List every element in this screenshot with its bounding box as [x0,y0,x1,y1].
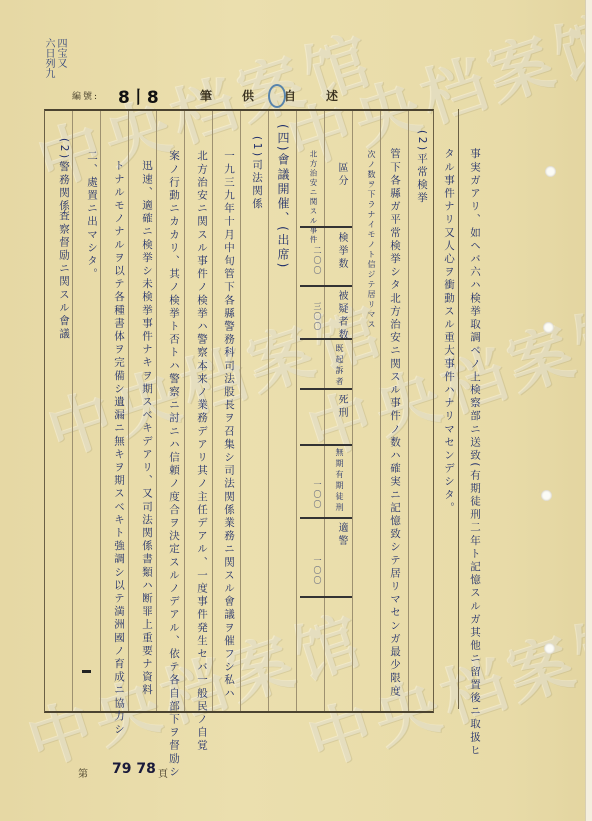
table-divider [300,388,352,390]
column-rule [324,111,325,711]
column-rule [128,111,129,711]
section-heading: (四)會議開催、(出席) [276,124,290,270]
text-column: 二、處置ニ出マシタ。 [85,150,99,281]
punch-hole [543,322,554,333]
punch-hole [544,643,555,654]
table-header-label: 北方治安ニ関スル事件 [308,150,319,245]
table-row-value: 二〇〇 [312,246,323,276]
table-row-label: 被疑者数 [334,290,349,342]
text-column: 案ノ行動ニカカリ、其ノ検挙ト否トハ警察ニ討ニハ信頼ノ度合ヲ決定スルノデアル、依テ… [167,150,181,779]
margin-rule [458,109,459,709]
paper-edge [585,0,592,821]
table-divider [300,596,352,598]
archive-note-line: 六日列九 [43,38,54,78]
text-column: 事実ガアリ、如ヘバ六ハ検挙取調ベノ上検察部ニ送致(有期徒刑二年ト記憶スルガ其他ニ… [468,148,482,757]
table-row-label: 適警 [334,522,349,548]
column-rule [380,111,381,711]
column-rule [296,111,297,711]
archive-note-line: 四宝又 [55,38,66,68]
table-row-value: 一〇〇 [312,480,323,510]
text-column: 管下各縣ガ平常検挙シタ北方治安ニ関スル事件ノ数ハ確実ニ記憶致シテ居リマセンガ最少… [388,148,402,698]
table-divider [300,517,352,519]
text-column: 北方治安ニ関スル事件ノ検挙ハ警察本来ノ業務デアリ其ノ主任デアル、一度事件発生セバ… [195,150,209,753]
text-column: 一九三九年十月中旬管下各縣警務科司法股長ヲ召集シ司法関係業務ニ関スル會議ヲ催フシ… [222,150,236,700]
text-column: トナルモノナルヲ以テ各種書体ヲ完備シ遺漏ニ無キヲ期スベキト強調シ以テ満洲國ノ育成… [112,160,126,736]
section-heading: (2)警務関係 [57,138,71,213]
table-divider [300,338,352,340]
page-prefix: 第 [78,769,88,780]
column-rule [352,111,353,711]
table-row-label: 検挙数 [334,232,349,271]
archive-note: 四宝又 六日列九 [42,38,66,78]
document-header: 編號: 8丨8 筆供自述 [70,84,410,106]
table-row-label: 區分 [334,162,349,188]
column-rule [408,111,409,711]
table-row-label: 死刑 [334,394,349,420]
page-suffix: 頁 [158,765,168,780]
section-heading: (1)司法関係 [250,136,264,211]
punch-hole [545,166,556,177]
table-row-label: 既起訴者 [334,344,345,388]
section-heading: (2)平常検挙 [415,130,429,205]
page-number: 79 78 [112,761,156,777]
column-rule [100,111,101,711]
punch-hole [541,490,552,501]
table-divider [300,444,352,446]
column-rule [156,111,157,711]
table-divider [300,285,352,287]
text-column: タル事件ナリ又人心ヲ衝動スル重大事件ハナリマセンデシタ。 [442,148,456,515]
table-row-value: 三〇〇 [312,302,323,332]
text-column: 査察督励ニ関スル會議 [57,210,71,341]
text-column: 迅速、適確ニ検挙シ未検挙事件ナキヲ期スベキデアリ、又司法関係書類ハ断罪上重要ナ資… [140,160,154,697]
page-footer: 第 79 78 頁 [78,765,88,780]
ink-dash-mark [82,670,91,673]
table-row-value: 一〇〇 [312,556,323,586]
column-rule [72,111,73,711]
document-page: 中央档案馆 中央档案馆 中央档案馆 中央档案馆 中央档案馆 中央档案馆 四宝又 … [0,0,592,821]
serial-label: 編號: [72,89,99,102]
column-rule [240,111,241,711]
table-divider [300,226,352,228]
text-column: 次ノ数ヲ下ラナイモノト信ジテ居リマス [364,150,378,330]
column-rule [184,111,185,711]
column-rule [212,111,213,711]
document-title: 筆供自述 [200,87,368,104]
serial-number: 8丨8 [118,83,159,108]
column-rule [268,111,269,711]
table-row-label: 無期有期徒刑 [334,448,345,514]
